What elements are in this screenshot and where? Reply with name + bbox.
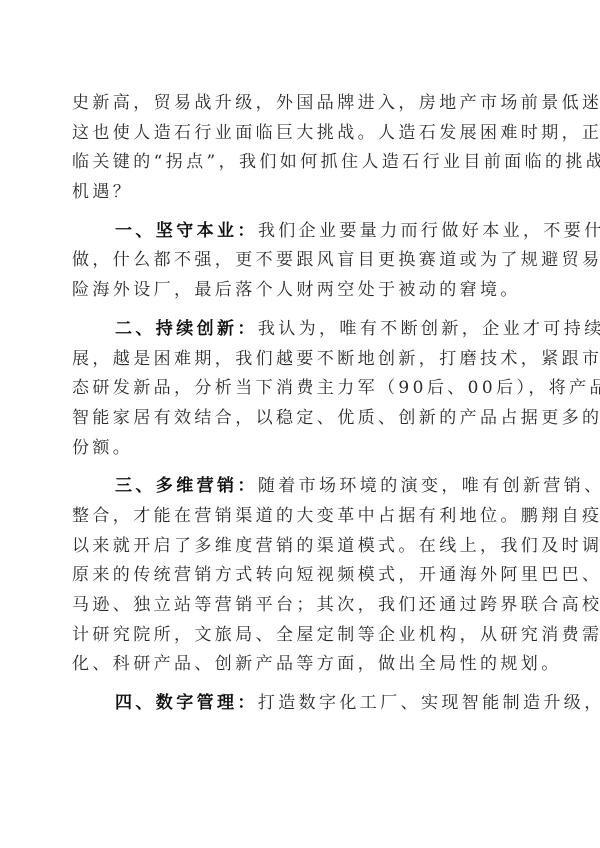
text-run: 随着市场环境的演变，唯有创新营销、跨界 <box>258 476 600 496</box>
text-line: 份额。 <box>72 434 528 464</box>
first-line: 二、持续创新：我认为，唯有不断创新，企业才可持续性发 <box>72 315 528 345</box>
text-line: 整合，才能在营销渠道的大变革中占据有利地位。鹏翔自疫情 <box>72 502 528 532</box>
text-line: 马逊、独立站等营销平台；其次，我们还通过跨界联合高校及设 <box>72 591 528 621</box>
paragraph-section-2: 二、持续创新：我认为，唯有不断创新，企业才可持续性发 展，越是困难期，我们越要不… <box>72 315 528 463</box>
paragraph-section-1: 一、坚守本业：我们企业要量力而行做好本业，不要什么都 做，什么都不强，更不要跟风… <box>72 217 528 306</box>
text-line: 机遇？ <box>72 178 528 208</box>
text-line: 史新高，贸易战升级，外国品牌进入，房地产市场前景低迷等， <box>72 89 528 119</box>
text-line: 以来就开启了多维度营销的渠道模式。在线上，我们及时调整 <box>72 532 528 562</box>
section-heading: 四、数字管理： <box>115 693 258 713</box>
paragraph-section-3: 三、多维营销：随着市场环境的演变，唯有创新营销、跨界 整合，才能在营销渠道的大变… <box>72 472 528 680</box>
text-line: 态研发新品，分析当下消费主力军（90后、00后），将产品与 <box>72 374 528 404</box>
text-run: 打造数字化工厂、实现智能制造升级，提升 <box>258 693 600 713</box>
section-heading: 三、多维营销： <box>115 476 258 496</box>
first-line: 三、多维营销：随着市场环境的演变，唯有创新营销、跨界 <box>72 472 528 502</box>
text-line: 险海外设厂，最后落个人财两空处于被动的窘境。 <box>72 276 528 306</box>
text-line: 这也使人造石行业面临巨大挑战。人造石发展困难时期，正面 <box>72 119 528 149</box>
first-line: 四、数字管理：打造数字化工厂、实现智能制造升级，提升 <box>72 689 528 719</box>
paragraph-intro: 史新高，贸易战升级，外国品牌进入，房地产市场前景低迷等， 这也使人造石行业面临巨… <box>72 89 528 208</box>
first-line: 一、坚守本业：我们企业要量力而行做好本业，不要什么都 <box>72 217 528 247</box>
text-run: 我们企业要量力而行做好本业，不要什么都 <box>258 221 600 241</box>
text-line: 智能家居有效结合，以稳定、优质、创新的产品占据更多的市场 <box>72 404 528 434</box>
document-page: 史新高，贸易战升级，外国品牌进入，房地产市场前景低迷等， 这也使人造石行业面临巨… <box>72 89 528 728</box>
text-line: 展，越是困难期，我们越要不断地创新，打磨技术，紧跟市场动 <box>72 345 528 375</box>
text-line: 临关键的“拐点”，我们如何抓住人造石行业目前面临的挑战和 <box>72 148 528 178</box>
text-line: 做，什么都不强，更不要跟风盲目更换赛道或为了规避贸易风 <box>72 246 528 276</box>
text-run: 我认为，唯有不断创新，企业才可持续性发 <box>258 319 600 339</box>
text-line: 化、科研产品、创新产品等方面，做出全局性的规划。 <box>72 650 528 680</box>
text-line: 原来的传统营销方式转向短视频模式，开通海外阿里巴巴、亚 <box>72 561 528 591</box>
text-line: 计研究院所，文旅局、全屋定制等企业机构，从研究消费需求变 <box>72 621 528 651</box>
paragraph-section-4: 四、数字管理：打造数字化工厂、实现智能制造升级，提升 <box>72 689 528 719</box>
section-heading: 一、坚守本业： <box>115 221 258 241</box>
section-heading: 二、持续创新： <box>115 319 258 339</box>
